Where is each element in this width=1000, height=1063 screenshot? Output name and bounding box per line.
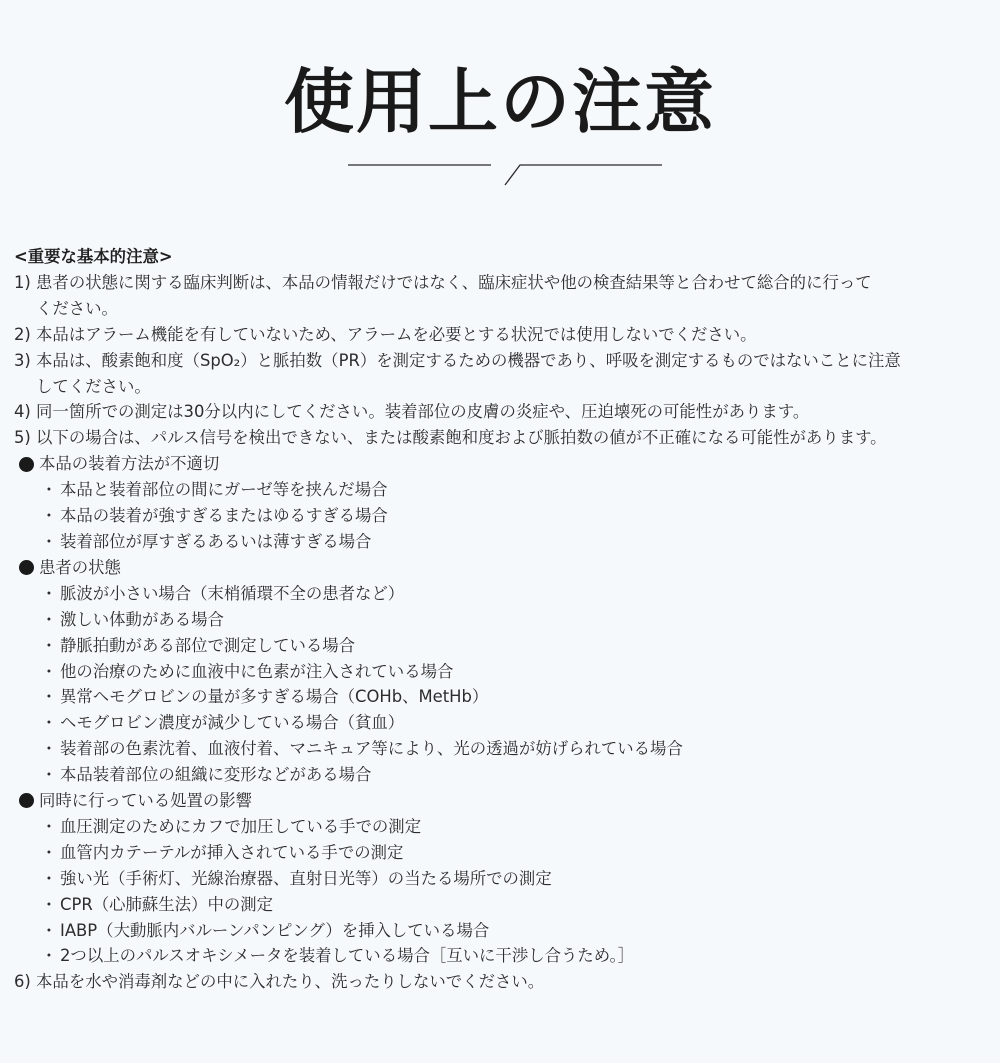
section-heading: <重要な基本的注意> (14, 244, 1000, 270)
bullet-dot-icon: ・ (38, 581, 60, 607)
item-text: ください。 (36, 299, 118, 318)
entry-text: 静脈拍動がある部位で測定している場合 (60, 636, 355, 655)
bullet-dot-icon: ・ (38, 529, 60, 555)
item-text: 患者の状態に関する臨床判断は、本品の情報だけではなく、臨床症状や他の検査結果等と… (36, 273, 872, 292)
condition-group-concurrent-treatment: 同時に行っている処置の影響 (14, 788, 1000, 814)
item-text: 本品はアラーム機能を有していないため、アラームを必要とする状況では使用しないでく… (36, 325, 757, 344)
bullet-dot-icon: ・ (38, 684, 60, 710)
entry-text: IABP（大動脈内バルーンパンピング）を挿入している場合 (60, 921, 489, 940)
condition-entry: ・装着部位が厚すぎるあるいは薄すぎる場合 (14, 529, 1000, 555)
precautions-content: <重要な基本的注意> 1) 患者の状態に関する臨床判断は、本品の情報だけではなく… (14, 244, 1000, 995)
item-text: してください。 (36, 377, 151, 396)
title-divider (340, 155, 680, 195)
item-number: 3) (14, 348, 31, 374)
entry-text: 2つ以上のパルスオキシメータを装着している場合［互いに干渉し合うため。］ (60, 946, 634, 965)
group-label: 同時に行っている処置の影響 (39, 788, 252, 814)
condition-entry: ・強い光（手術灯、光線治療器、直射日光等）の当たる場所での測定 (14, 866, 1000, 892)
bullet-dot-icon: ・ (38, 892, 60, 918)
bullet-dot-icon: ・ (38, 503, 60, 529)
bullet-circle-icon (19, 793, 34, 808)
item-number: 5) (14, 425, 31, 451)
bullet-dot-icon: ・ (38, 762, 60, 788)
bullet-circle-icon (19, 457, 34, 472)
condition-entry: ・本品装着部位の組織に変形などがある場合 (14, 762, 1000, 788)
entry-text: CPR（心肺蘇生法）中の測定 (60, 895, 273, 914)
precaution-item-1: 1) 患者の状態に関する臨床判断は、本品の情報だけではなく、臨床症状や他の検査結… (14, 270, 1000, 296)
condition-entry: ・血圧測定のためにカフで加圧している手での測定 (14, 814, 1000, 840)
entry-text: ヘモグロビン濃度が減少している場合（貧血） (60, 713, 404, 732)
condition-group-patient: 患者の状態 (14, 555, 1000, 581)
entry-text: 血管内カテーテルが挿入されている手での測定 (60, 843, 403, 862)
condition-entry: ・静脈拍動がある部位で測定している場合 (14, 633, 1000, 659)
condition-entry: ・異常ヘモグロビンの量が多すぎる場合（COHb、MetHb） (14, 684, 1000, 710)
precaution-item-2: 2) 本品はアラーム機能を有していないため、アラームを必要とする状況では使用しな… (14, 322, 1000, 348)
entry-text: 異常ヘモグロビンの量が多すぎる場合（COHb、MetHb） (60, 687, 488, 706)
item-text: 本品は、酸素飽和度（SpO₂）と脈拍数（PR）を測定するための機器であり、呼吸を… (36, 351, 901, 370)
entry-text: 激しい体動がある場合 (60, 610, 224, 629)
precaution-item-4: 4) 同一箇所での測定は30分以内にしてください。装着部位の皮膚の炎症や、圧迫壊… (14, 399, 1000, 425)
item-text: 以下の場合は、パルス信号を検出できない、または酸素飽和度および脈拍数の値が不正確… (36, 428, 887, 447)
bullet-dot-icon: ・ (38, 814, 60, 840)
condition-group-mounting: 本品の装着方法が不適切 (14, 451, 1000, 477)
condition-entry: ・ヘモグロビン濃度が減少している場合（貧血） (14, 710, 1000, 736)
item-number: 1) (14, 270, 31, 296)
entry-text: 血圧測定のためにカフで加圧している手での測定 (60, 817, 421, 836)
condition-entry: ・他の治療のために血液中に色素が注入されている場合 (14, 659, 1000, 685)
condition-entry: ・脈波が小さい場合（末梢循環不全の患者など） (14, 581, 1000, 607)
bullet-dot-icon: ・ (38, 607, 60, 633)
condition-entry: ・2つ以上のパルスオキシメータを装着している場合［互いに干渉し合うため。］ (14, 943, 1000, 969)
item-number: 6) (14, 969, 31, 995)
entry-text: 本品装着部位の組織に変形などがある場合 (60, 765, 371, 784)
bullet-dot-icon: ・ (38, 840, 60, 866)
condition-entry: ・本品と装着部位の間にガーゼ等を挟んだ場合 (14, 477, 1000, 503)
precaution-item-1-continuation: ください。 (14, 296, 1000, 322)
entry-text: 他の治療のために血液中に色素が注入されている場合 (60, 662, 453, 681)
bullet-dot-icon: ・ (38, 477, 60, 503)
entry-text: 装着部の色素沈着、血液付着、マニキュア等により、光の透過が妨げられている場合 (60, 739, 683, 758)
bullet-dot-icon: ・ (38, 710, 60, 736)
bullet-dot-icon: ・ (38, 918, 60, 944)
bullet-dot-icon: ・ (38, 659, 60, 685)
entry-text: 脈波が小さい場合（末梢循環不全の患者など） (60, 584, 404, 603)
condition-entry: ・IABP（大動脈内バルーンパンピング）を挿入している場合 (14, 918, 1000, 944)
entry-text: 本品と装着部位の間にガーゼ等を挟んだ場合 (60, 480, 387, 499)
item-text: 本品を水や消毒剤などの中に入れたり、洗ったりしないでください。 (36, 972, 544, 991)
condition-entry: ・装着部の色素沈着、血液付着、マニキュア等により、光の透過が妨げられている場合 (14, 736, 1000, 762)
entry-text: 装着部位が厚すぎるあるいは薄すぎる場合 (60, 532, 371, 551)
precaution-item-5: 5) 以下の場合は、パルス信号を検出できない、または酸素飽和度および脈拍数の値が… (14, 425, 1000, 451)
group-label: 本品の装着方法が不適切 (39, 451, 219, 477)
group-label: 患者の状態 (39, 555, 121, 581)
bullet-circle-icon (19, 560, 34, 575)
condition-entry: ・本品の装着が強すぎるまたはゆるすぎる場合 (14, 503, 1000, 529)
item-number: 4) (14, 399, 31, 425)
page-title: 使用上の注意 (0, 62, 1000, 142)
entry-text: 本品の装着が強すぎるまたはゆるすぎる場合 (60, 506, 388, 525)
bullet-dot-icon: ・ (38, 633, 60, 659)
entry-text: 強い光（手術灯、光線治療器、直射日光等）の当たる場所での測定 (60, 869, 552, 888)
bullet-dot-icon: ・ (38, 736, 60, 762)
condition-entry: ・血管内カテーテルが挿入されている手での測定 (14, 840, 1000, 866)
precaution-item-3-continuation: してください。 (14, 374, 1000, 400)
bullet-dot-icon: ・ (38, 943, 60, 969)
precaution-item-3: 3) 本品は、酸素飽和度（SpO₂）と脈拍数（PR）を測定するための機器であり、… (14, 348, 1000, 374)
condition-entry: ・CPR（心肺蘇生法）中の測定 (14, 892, 1000, 918)
item-number: 2) (14, 322, 31, 348)
item-text: 同一箇所での測定は30分以内にしてください。装着部位の皮膚の炎症や、圧迫壊死の可… (36, 402, 809, 421)
condition-entry: ・激しい体動がある場合 (14, 607, 1000, 633)
precaution-item-6: 6) 本品を水や消毒剤などの中に入れたり、洗ったりしないでください。 (14, 969, 1000, 995)
bullet-dot-icon: ・ (38, 866, 60, 892)
